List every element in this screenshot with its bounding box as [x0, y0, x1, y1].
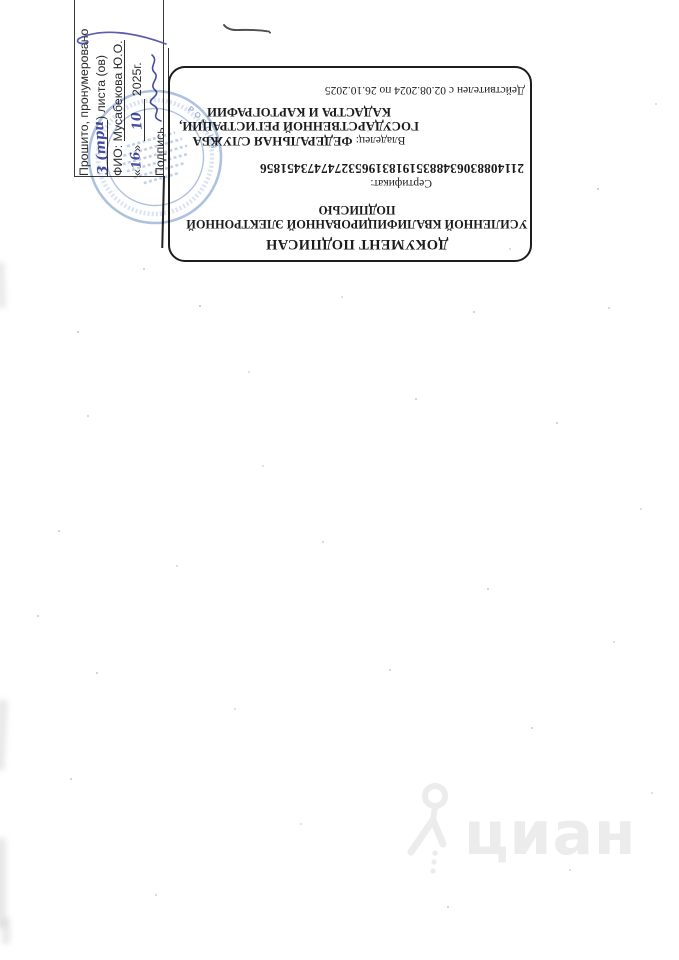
cian-logo-icon [404, 782, 452, 876]
pen-mark-icon [222, 22, 274, 36]
scanned-document-page: Прошито, пронумеровано 3 (три) листа (ов… [0, 0, 679, 960]
owner-label: Владелец: [356, 134, 406, 146]
stamp-ring-microtext [84, 86, 225, 227]
signature-box-title: ДОКУМЕНТ ПОДПИСАН [184, 235, 530, 252]
scan-smudge [0, 262, 6, 308]
watermark-text: циан [464, 804, 636, 864]
scan-smudge [2, 918, 10, 944]
scan-noise [0, 0, 2, 2]
scan-smudge [0, 838, 6, 928]
signature-box-subtitle-1: УСИЛЕННОЙ КВАЛИФИЦИРОВАННОЙ ЭЛЕКТРОННОЙ [184, 216, 530, 230]
validity-period: Действителен с 02.08.2024 по 26.10.2025 [170, 84, 525, 96]
cian-logo-trail-dots [430, 850, 437, 873]
watermark: циан [404, 782, 636, 876]
scan-smudge [0, 700, 8, 770]
stamp-inner-microtext [118, 130, 193, 187]
owner-name-line3: КАДАСТРА И КАРТОГРАФИИ [207, 105, 391, 119]
